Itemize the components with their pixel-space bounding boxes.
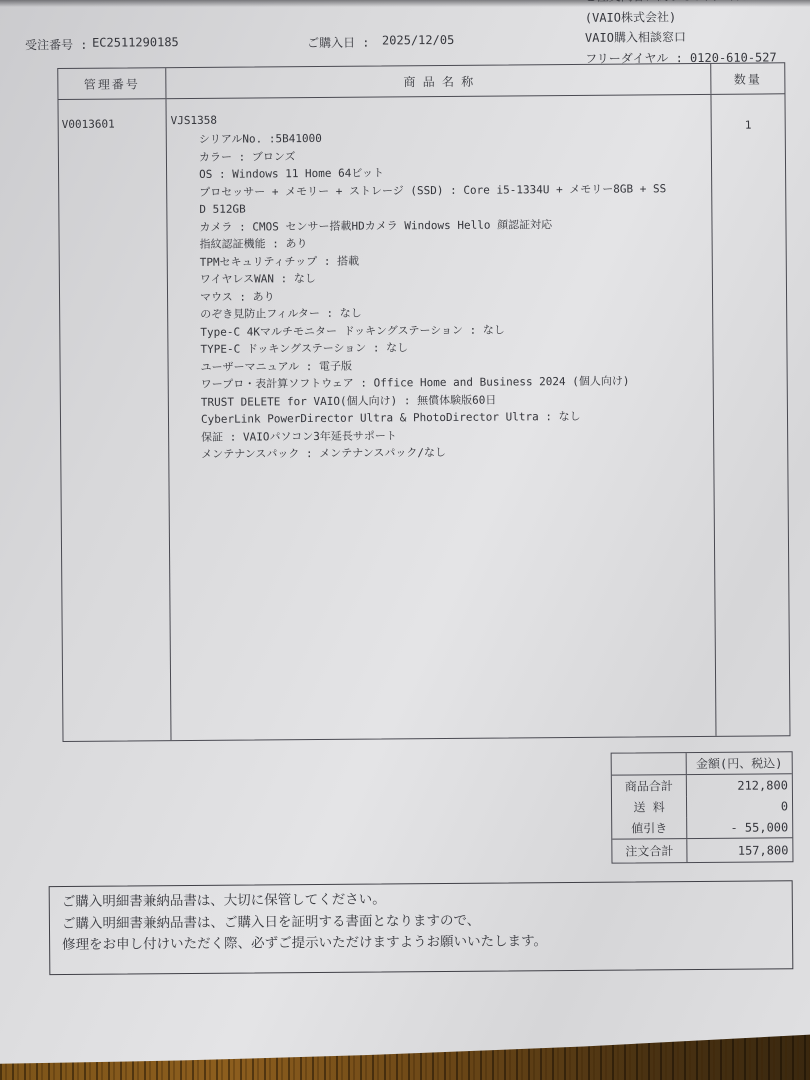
totals-row: 商品合計 212,800	[612, 774, 792, 796]
totals-row-value: 0	[686, 795, 792, 817]
purchase-date-label: ご購入日 :	[307, 34, 370, 51]
grand-total-label: 注文合計	[612, 842, 686, 860]
amount-header: 金額(円、税込)	[686, 752, 792, 774]
totals-row-value: - 55,000	[686, 816, 792, 838]
purchase-date-value: 2025/12/05	[382, 33, 454, 48]
spec-line: メンテナンスパック : メンテナンスパック/なし	[201, 442, 713, 464]
totals-row: 値引き - 55,000	[612, 816, 792, 838]
quantity-cell: 1	[711, 94, 789, 736]
model-number: VJS1358	[166, 95, 710, 127]
order-number-label: 受注番号 :	[25, 36, 88, 53]
totals-row-label: 送 料	[612, 798, 686, 816]
totals-header-empty	[612, 764, 686, 765]
totals-row-label: 商品合計	[612, 777, 686, 795]
totals-row-label: 値引き	[612, 819, 686, 837]
header-mgmt-number: 管理番号	[58, 68, 166, 99]
product-name-cell: VJS1358 シリアルNo. :5B41000カラー : ブロンズOS : W…	[166, 95, 716, 740]
purchase-desk: VAIO購入相談窓口	[585, 26, 777, 48]
quantity-value: 1	[711, 94, 784, 132]
grand-total-row: 注文合計 157,800	[612, 837, 792, 862]
spec-list: シリアルNo. :5B41000カラー : ブロンズOS : Windows 1…	[199, 127, 714, 464]
totals-row: 送 料 0	[612, 795, 792, 817]
totals-rows: 商品合計 212,800 送 料 0 値引き - 55,000	[612, 774, 792, 838]
contact-block: ご注文内容に関するお問い合わせ (VAIO株式会社) VAIO購入相談窓口 フリ…	[585, 0, 777, 69]
company-name: (VAIO株式会社)	[585, 6, 777, 28]
totals-row-value: 212,800	[686, 774, 792, 796]
receipt-content: ご注文内容に関するお問い合わせ (VAIO株式会社) VAIO購入相談窓口 フリ…	[0, 0, 810, 1080]
photo-of-receipt: { "document": { "contact": { "inquiry_li…	[0, 0, 810, 1080]
notice-line: 修理をお申し付けいただく際、必ずご提示いただけますようお願いいたします。	[62, 929, 780, 956]
mgmt-number-cell: V0013601	[58, 99, 171, 741]
product-row: V0013601 VJS1358 シリアルNo. :5B41000カラー : ブ…	[58, 94, 789, 741]
notice-box: ご購入明細書兼納品書は、大切に保管してください。ご購入明細書兼納品書は、ご購入日…	[49, 880, 794, 975]
order-number-value: EC2511290185	[92, 35, 179, 50]
mgmt-number-value: V0013601	[58, 99, 165, 131]
product-table: 管理番号 商 品 名 称 数量 V0013601 VJS1358 シリアルNo.…	[57, 62, 790, 742]
header-product-name: 商 品 名 称	[166, 64, 711, 98]
grand-total-value: 157,800	[686, 838, 792, 862]
header-quantity: 数量	[711, 63, 784, 94]
totals-header-row: 金額(円、税込)	[612, 752, 792, 775]
totals-table: 金額(円、税込) 商品合計 212,800 送 料 0 値引き - 55,000	[611, 751, 794, 863]
